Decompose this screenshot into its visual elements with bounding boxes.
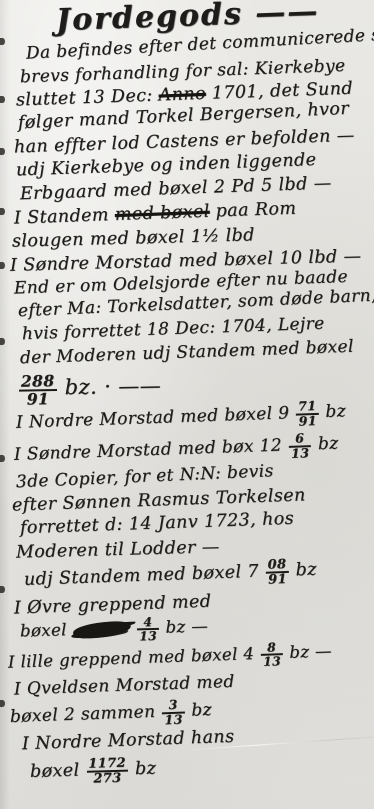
text-run: bz — [312, 433, 339, 454]
text-run — [130, 619, 136, 638]
text-run: paa Rom — [209, 198, 296, 221]
text-run: bz — — [160, 617, 209, 637]
manuscript-lines: Jordegods ——Da befindes efter det commun… — [0, 0, 374, 788]
text-run: I Qveldsen Morstad med — [14, 672, 235, 700]
text-run: bz — [319, 401, 346, 422]
fraction: 1172273 — [86, 757, 128, 786]
text-run: sluttet 13 Dec: — [16, 85, 159, 110]
text-run: bz — [129, 759, 157, 780]
text-run: I Nordre Morstad med bøxel 9 — [16, 403, 296, 433]
strikethrough-text: med bøxel — [114, 201, 210, 224]
text-run: slougen med bøxel 1½ lbd — [12, 226, 255, 252]
text-run: I Standem — [14, 205, 116, 229]
fraction-denominator: 13 — [137, 631, 159, 644]
text-run: bøxel — [20, 620, 73, 640]
fraction-denominator: 91 — [296, 415, 319, 429]
text-run: I Søndre Morstad med bøx 12 — [14, 435, 289, 465]
text-run: bz — [185, 700, 212, 721]
manuscript-page: Jordegods ——Da befindes efter det commun… — [0, 0, 374, 809]
handwriting-line: bøxel 1172273 bz — [0, 750, 374, 788]
fraction: 7191 — [296, 400, 319, 428]
fraction-denominator: 13 — [162, 714, 185, 728]
fraction: 28891 — [19, 373, 57, 407]
text-run: I Nordre Morstad hans — [22, 727, 235, 754]
text-run: Moderen til Lodder — — [16, 537, 220, 562]
fraction-numerator: 288 — [19, 373, 57, 391]
text-run: I lille greppend med bøxel 4 — [8, 644, 261, 672]
fraction: 0891 — [265, 558, 289, 587]
text-run: bøxel 2 sammen — [10, 702, 162, 727]
text-run: bz — — [283, 642, 332, 663]
fraction: 313 — [162, 699, 185, 727]
fraction-denominator: 91 — [266, 573, 289, 587]
ink-blot — [72, 620, 131, 640]
text-run: bøxel — [30, 761, 86, 782]
text-run: udj Standem med bøxel 7 — [24, 562, 266, 590]
fraction-denominator: 13 — [261, 656, 283, 669]
text-run: bz — [289, 560, 317, 581]
fraction-denominator: 13 — [289, 447, 312, 461]
fraction-denominator: 273 — [87, 772, 129, 786]
fraction: 413 — [137, 616, 159, 643]
fraction: 813 — [260, 641, 283, 669]
text-run: bz. · —— — [57, 373, 161, 399]
fraction: 613 — [288, 432, 311, 460]
fraction-denominator: 91 — [19, 390, 57, 406]
strikethrough-text: Anno — [158, 83, 206, 105]
